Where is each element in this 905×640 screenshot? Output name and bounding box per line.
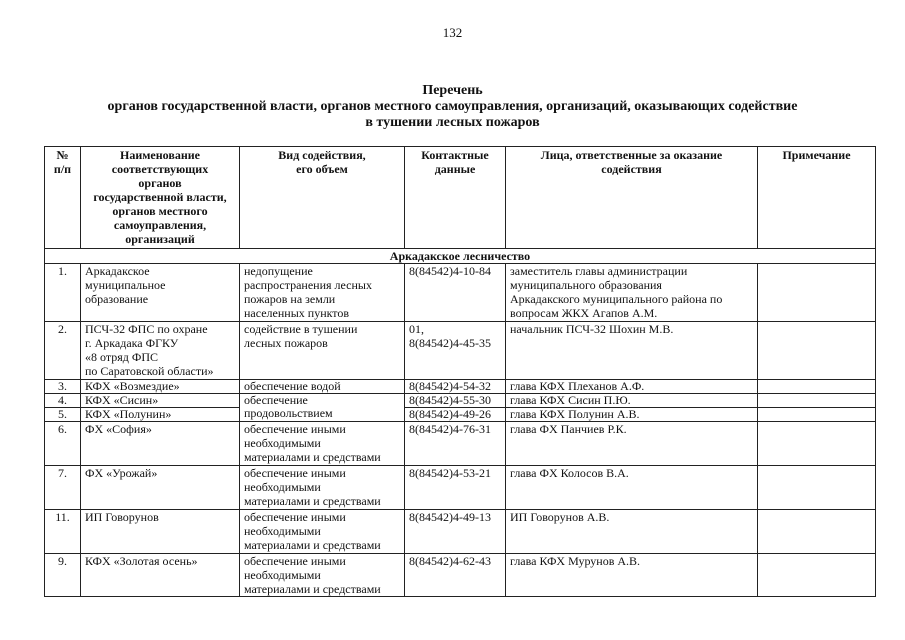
- header-number: №п/п: [45, 147, 81, 249]
- header-assistance: Вид содействия,его объем: [240, 147, 405, 249]
- header-contacts: Контактныеданные: [405, 147, 506, 249]
- row-responsible: начальник ПСЧ-32 Шохин М.В.: [506, 322, 758, 380]
- cell-text-line: недопущение: [244, 264, 400, 278]
- cell-text-line: органов: [85, 176, 235, 190]
- cell-text-line: обеспечение иными: [244, 554, 400, 568]
- cell-text-line: ПСЧ-32 ФПС по охране: [85, 322, 235, 336]
- row-note: [758, 408, 876, 422]
- table-row: 2. ПСЧ-32 ФПС по охранег. Аркадака ФГКУ«…: [45, 322, 876, 380]
- cell-text-line: 8(84542)4-10-84: [409, 264, 501, 278]
- row-number: 3.: [45, 380, 81, 394]
- row-name: КФХ «Сисин»: [81, 394, 240, 408]
- row-note: [758, 510, 876, 554]
- row-assistance: недопущениераспространения лесныхпожаров…: [240, 264, 405, 322]
- row-assistance: содействие в тушениилесных пожаров: [240, 322, 405, 380]
- cell-text-line: органов местного: [85, 204, 235, 218]
- row-assistance: обеспечение иныминеобходимымиматериалами…: [240, 554, 405, 597]
- cell-text-line: его объем: [244, 162, 400, 176]
- title-line-1: Перечень: [0, 83, 905, 99]
- title-line-3: в тушении лесных пожаров: [0, 115, 905, 131]
- title-line-2: органов государственной власти, органов …: [0, 99, 905, 115]
- cell-text-line: самоуправления,: [85, 218, 235, 232]
- cell-text-line: ИП Говорунов А.В.: [510, 510, 753, 524]
- cell-text-line: обеспечение иными: [244, 466, 400, 480]
- cell-text-line: 01,: [409, 322, 501, 336]
- row-name: КФХ «Возмездие»: [81, 380, 240, 394]
- row-note: [758, 394, 876, 408]
- cell-text-line: глава КФХ Мурунов А.В.: [510, 554, 753, 568]
- table-row: 4. КФХ «Сисин» обеспечениепродовольствие…: [45, 394, 876, 408]
- cell-text-line: обеспечение иными: [244, 510, 400, 524]
- cell-text-line: 8(84542)4-45-35: [409, 336, 501, 350]
- cell-text-line: Лица, ответственные за оказание: [510, 148, 753, 162]
- cell-text-line: обеспечение водой: [244, 380, 400, 393]
- cell-text-line: глава ФХ Панчиев Р.К.: [510, 422, 753, 436]
- row-responsible: глава КФХ Полунин А.В.: [506, 408, 758, 422]
- row-responsible: глава ФХ Колосов В.А.: [506, 466, 758, 510]
- assistance-organizations-table: №п/п Наименованиесоответствующихоргановг…: [44, 146, 876, 597]
- cell-text-line: глава КФХ Сисин П.Ю.: [510, 394, 753, 407]
- cell-text-line: КФХ «Золотая осень»: [85, 554, 235, 568]
- cell-text-line: необходимыми: [244, 480, 400, 494]
- cell-text-line: вопросам ЖКХ Агапов А.М.: [510, 306, 753, 320]
- cell-text-line: КФХ «Полунин»: [85, 408, 235, 421]
- table-row: 1. Аркадакскоемуниципальноеобразование н…: [45, 264, 876, 322]
- row-contacts: 8(84542)4-55-30: [405, 394, 506, 408]
- cell-text-line: КФХ «Сисин»: [85, 394, 235, 407]
- row-note: [758, 380, 876, 394]
- table-row: 6. ФХ «София» обеспечение иныминеобходим…: [45, 422, 876, 466]
- table-header-row: №п/п Наименованиесоответствующихоргановг…: [45, 147, 876, 249]
- row-number: 9.: [45, 554, 81, 597]
- cell-text-line: Наименование: [85, 148, 235, 162]
- cell-text-line: содействие в тушении: [244, 322, 400, 336]
- cell-text-line: 8(84542)4-53-21: [409, 466, 501, 480]
- row-responsible: ИП Говорунов А.В.: [506, 510, 758, 554]
- row-assistance: обеспечение водой: [240, 380, 405, 394]
- cell-text-line: 8(84542)4-49-26: [409, 408, 501, 421]
- cell-text-line: 8(84542)4-62-43: [409, 554, 501, 568]
- row-name: КФХ «Золотая осень»: [81, 554, 240, 597]
- cell-text-line: глава КФХ Плеханов А.Ф.: [510, 380, 753, 393]
- cell-text-line: по Саратовской области»: [85, 364, 235, 378]
- row-contacts: 8(84542)4-49-13: [405, 510, 506, 554]
- cell-text-line: КФХ «Возмездие»: [85, 380, 235, 393]
- row-contacts: 8(84542)4-54-32: [405, 380, 506, 394]
- cell-text-line: заместитель главы администрации: [510, 264, 753, 278]
- cell-text-line: №: [49, 148, 76, 162]
- cell-text-line: материалами и средствами: [244, 538, 400, 552]
- row-assistance: обеспечение иныминеобходимымиматериалами…: [240, 510, 405, 554]
- cell-text-line: 8(84542)4-76-31: [409, 422, 501, 436]
- cell-text-line: муниципальное: [85, 278, 235, 292]
- cell-text-line: 8(84542)4-49-13: [409, 510, 501, 524]
- row-responsible: глава КФХ Сисин П.Ю.: [506, 394, 758, 408]
- cell-text-line: муниципального образования: [510, 278, 753, 292]
- cell-text-line: образование: [85, 292, 235, 306]
- cell-text-line: материалами и средствами: [244, 494, 400, 508]
- table-row: 9. КФХ «Золотая осень» обеспечение иными…: [45, 554, 876, 597]
- row-contacts: 8(84542)4-10-84: [405, 264, 506, 322]
- row-note: [758, 264, 876, 322]
- row-contacts: 8(84542)4-53-21: [405, 466, 506, 510]
- cell-text-line: Контактные: [409, 148, 501, 162]
- row-number: 4.: [45, 394, 81, 408]
- table-row: 7. ФХ «Урожай» обеспечение иныминеобходи…: [45, 466, 876, 510]
- table-row: 11. ИП Говорунов обеспечение иныминеобхо…: [45, 510, 876, 554]
- row-responsible: глава КФХ Мурунов А.В.: [506, 554, 758, 597]
- row-number: 5.: [45, 408, 81, 422]
- cell-text-line: начальник ПСЧ-32 Шохин М.В.: [510, 322, 753, 336]
- cell-text-line: распространения лесных: [244, 278, 400, 292]
- row-note: [758, 422, 876, 466]
- cell-text-line: Аркадакское: [85, 264, 235, 278]
- cell-text-line: материалами и средствами: [244, 450, 400, 464]
- section-title: Аркадакское лесничество: [45, 249, 876, 264]
- row-number: 11.: [45, 510, 81, 554]
- cell-text-line: ФХ «София»: [85, 422, 235, 436]
- row-responsible: заместитель главы администрациимуниципал…: [506, 264, 758, 322]
- cell-text-line: ИП Говорунов: [85, 510, 235, 524]
- cell-text-line: пожаров на земли: [244, 292, 400, 306]
- cell-text-line: п/п: [49, 162, 76, 176]
- row-number: 6.: [45, 422, 81, 466]
- row-note: [758, 466, 876, 510]
- cell-text-line: соответствующих: [85, 162, 235, 176]
- cell-text-line: Примечание: [762, 148, 871, 162]
- page-number: 132: [0, 25, 905, 41]
- cell-text-line: населенных пунктов: [244, 306, 400, 320]
- row-assistance-merged: обеспечениепродовольствием: [240, 394, 405, 422]
- row-contacts: 01,8(84542)4-45-35: [405, 322, 506, 380]
- row-responsible: глава ФХ Панчиев Р.К.: [506, 422, 758, 466]
- cell-text-line: лесных пожаров: [244, 336, 400, 350]
- row-name: ФХ «София»: [81, 422, 240, 466]
- cell-text-line: глава ФХ Колосов В.А.: [510, 466, 753, 480]
- cell-text-line: необходимыми: [244, 524, 400, 538]
- cell-text-line: Вид содействия,: [244, 148, 400, 162]
- cell-text-line: обеспечение иными: [244, 422, 400, 436]
- row-contacts: 8(84542)4-76-31: [405, 422, 506, 466]
- cell-text-line: г. Аркадака ФГКУ: [85, 336, 235, 350]
- row-name: ИП Говорунов: [81, 510, 240, 554]
- row-name: ФХ «Урожай»: [81, 466, 240, 510]
- row-contacts: 8(84542)4-49-26: [405, 408, 506, 422]
- row-contacts: 8(84542)4-62-43: [405, 554, 506, 597]
- document-title: Перечень органов государственной власти,…: [0, 83, 905, 131]
- row-note: [758, 322, 876, 380]
- cell-text-line: данные: [409, 162, 501, 176]
- row-number: 7.: [45, 466, 81, 510]
- table-row: 3. КФХ «Возмездие» обеспечение водой 8(8…: [45, 380, 876, 394]
- cell-text-line: материалами и средствами: [244, 582, 400, 596]
- row-name: Аркадакскоемуниципальноеобразование: [81, 264, 240, 322]
- cell-text-line: «8 отряд ФПС: [85, 350, 235, 364]
- header-name: Наименованиесоответствующихоргановгосуда…: [81, 147, 240, 249]
- cell-text-line: необходимыми: [244, 568, 400, 582]
- row-number: 2.: [45, 322, 81, 380]
- header-responsible: Лица, ответственные за оказаниесодействи…: [506, 147, 758, 249]
- cell-text-line: 8(84542)4-54-32: [409, 380, 501, 393]
- header-note: Примечание: [758, 147, 876, 249]
- cell-text-line: необходимыми: [244, 436, 400, 450]
- row-responsible: глава КФХ Плеханов А.Ф.: [506, 380, 758, 394]
- row-assistance: обеспечение иныминеобходимымиматериалами…: [240, 422, 405, 466]
- cell-text-line: организаций: [85, 232, 235, 246]
- cell-text-line: 8(84542)4-55-30: [409, 394, 501, 407]
- cell-text-line: содействия: [510, 162, 753, 176]
- section-row: Аркадакское лесничество: [45, 249, 876, 264]
- table-row: 5. КФХ «Полунин» 8(84542)4-49-26 глава К…: [45, 408, 876, 422]
- row-name: ПСЧ-32 ФПС по охранег. Аркадака ФГКУ«8 о…: [81, 322, 240, 380]
- cell-text-line: государственной власти,: [85, 190, 235, 204]
- row-note: [758, 554, 876, 597]
- row-number: 1.: [45, 264, 81, 322]
- cell-text-line: продовольствием: [244, 407, 400, 420]
- row-assistance: обеспечение иныминеобходимымиматериалами…: [240, 466, 405, 510]
- row-name: КФХ «Полунин»: [81, 408, 240, 422]
- cell-text-line: Аркадакского муниципального района по: [510, 292, 753, 306]
- cell-text-line: глава КФХ Полунин А.В.: [510, 408, 753, 421]
- cell-text-line: ФХ «Урожай»: [85, 466, 235, 480]
